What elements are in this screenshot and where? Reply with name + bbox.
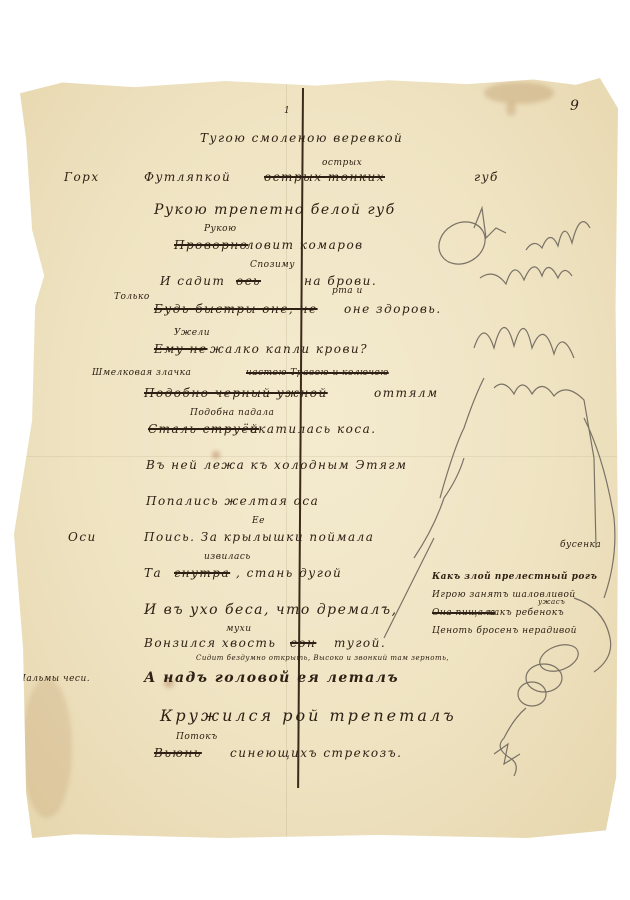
insertion: Подобна падала [190, 408, 274, 418]
poem-line: жалко капли крови? [210, 342, 368, 356]
manuscript-page: 9 1 Тугою смоленою веревкой Горх острых … [14, 78, 618, 838]
poem-line: синеющихъ стрекозъ. [230, 746, 402, 760]
insertion: Сидит бездумно открыть, Высоко и звонкий… [196, 654, 449, 662]
poem-line: Та [144, 566, 162, 580]
page-number: 9 [570, 98, 580, 114]
margin-note: Только [114, 292, 150, 302]
poem-line: Вонзился хвость [144, 636, 276, 650]
poem-line: А надъ головой ея леталъ [144, 670, 399, 686]
poem-line-end: тугой. [334, 636, 386, 650]
insertion: Потокъ [176, 732, 218, 742]
stain [506, 102, 516, 116]
stain [484, 82, 554, 104]
poem-line-end: губ [474, 170, 499, 184]
insertion: извилась [204, 552, 251, 562]
insertion: рта и [332, 286, 363, 296]
stain [22, 678, 72, 818]
poem-line: Футляпкой [144, 170, 231, 184]
insertion: Ее [252, 516, 265, 526]
poem-line: оне здоровь. [344, 302, 442, 316]
struck-text: сон [290, 636, 316, 650]
struck-text: частою Травою и колючею [246, 368, 389, 378]
poem-line: Кружился рой трепеталъ [160, 706, 457, 725]
insertion: Рукою [204, 224, 237, 234]
poem-line: Рукою трепетно белой губ [154, 202, 396, 218]
struck-text: гнутра [174, 566, 230, 580]
struck-text: Будь быстры оне, не [154, 302, 318, 316]
insertion: Ужели [174, 328, 210, 338]
margin-note: Шмелковая злачка [92, 368, 191, 378]
struck-text: Сталь струёй [148, 422, 259, 436]
struck-text: Ему не [154, 342, 208, 356]
insertion: острых [322, 158, 362, 168]
struck-text: Вьюнь [154, 746, 202, 760]
struck-text: ось [236, 274, 261, 288]
insertion: Спозиму [250, 260, 295, 270]
margin-note: Горх [64, 170, 100, 184]
poem-line: И садит [160, 274, 225, 288]
poem-line: Въ ней лежа къ холодным Этягм [146, 458, 407, 472]
struck-text: Подобно черный ужной [144, 386, 328, 400]
poem-line-end: , стань дугой [236, 566, 342, 580]
poem-line: И въ ухо беса, что дремалъ, [144, 602, 398, 618]
top-mark: 1 [284, 106, 290, 116]
margin-note: Пальмы чеси. [18, 674, 90, 684]
poem-line: Поись. За крылышки поймала [144, 530, 374, 544]
struck-text: острых тонких [264, 170, 385, 184]
poem-line: Попались желтая оса [146, 494, 319, 508]
poem-title: Тугою смоленою веревкой [200, 131, 403, 145]
poem-line: скатилась коса. [250, 422, 377, 436]
poem-line: ловит комаров [246, 238, 364, 252]
pencil-scribbles-icon [434, 198, 624, 778]
margin-note: Оси [68, 530, 97, 544]
poem-line: оттялм [374, 386, 439, 400]
struck-text: Проворно [174, 238, 248, 252]
insertion: мухи [226, 624, 252, 634]
